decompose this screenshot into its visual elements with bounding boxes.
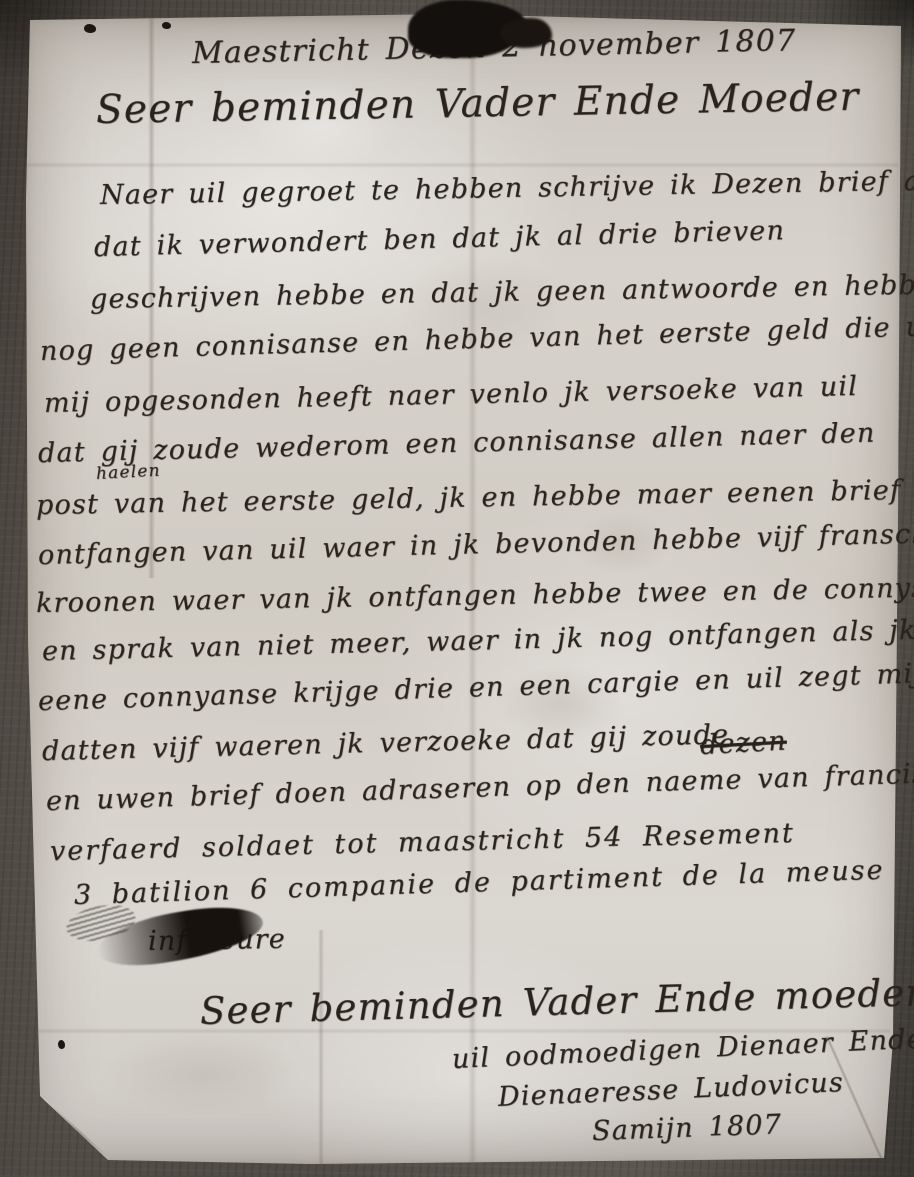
ink-dot [162,22,171,29]
signature-surname-year: Samijn 1807 [591,1109,782,1147]
fold-crease-horizontal [26,162,898,168]
inserted-word: haelen [95,461,161,484]
ink-dot [58,1040,65,1049]
letter-photograph: Maestricht Dezen 2 november 1807 Seer be… [0,0,914,1177]
ink-dot [84,24,96,33]
ink-blot-top [500,18,552,48]
struck-through-word: dezen [699,725,787,761]
fold-crease-vertical [318,930,324,1164]
